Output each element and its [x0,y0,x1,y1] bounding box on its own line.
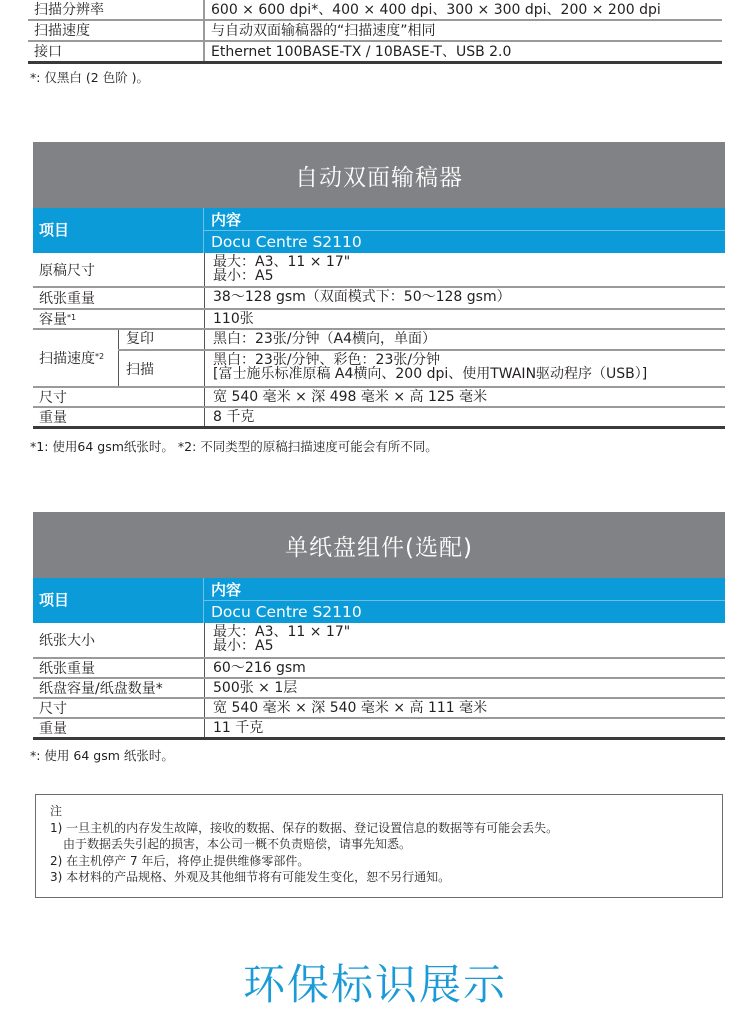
scanner-spec-table: 扫描分辨率 600 × 600 dpi*、400 × 400 dpi、300 ×… [28,0,722,64]
adf-footnote: *1: 使用64 gsm纸张时。 *2: 不同类型的原稿扫描速度可能会有所不同。 [30,437,438,455]
model-name: Docu Centre S2110 [211,602,362,622]
spec-value: 38～128 gsm（双面模式下：50～128 gsm） [204,288,725,308]
table-row: 容量*1 110张 [33,310,725,330]
spec-label: 扫描分辨率 [28,0,204,20]
spec-value: 11 千克 [204,719,725,737]
table-row: 重量 11 千克 [33,719,725,740]
table-header: 项目 内容 Docu Centre S2110 [33,208,725,253]
spec-value: 与自动双面输稿器的“扫描速度”相同 [204,20,722,41]
table-row: 纸张大小 最大：A3、11 × 17" 最小：A5 [33,623,725,659]
section-header: 单纸盘组件(选配) [33,512,725,578]
note-item: 3) 本材料的产品规格、外观及其他细节将有可能发生变化，恕不另行通知。 [50,869,722,886]
table-subrow: 复印 黑白：23张/分钟（A4横向，单面） [118,330,725,351]
spec-value-min: 最小：A5 [213,639,725,653]
adf-spec-table: 自动双面输稿器 项目 内容 Docu Centre S2110 原稿尺寸 最大：… [33,142,725,429]
spec-value: 110张 [204,310,725,328]
spec-label: 纸张重量 [39,288,95,308]
table-subrow: 扫描 黑白：23张/分钟、彩色：23张/分钟 [富士施乐标准原稿 A4横向、20… [118,351,725,386]
note-item: 1) 一旦主机的内存发生故障，接收的数据、保存的数据、登记设置信息的数据等有可能… [50,820,722,837]
spec-value: 黑白：23张/分钟、彩色：23张/分钟 [213,353,647,367]
spec-sublabel: 扫描 [126,351,154,386]
divider [204,230,725,231]
divider [204,600,725,601]
table-row: 重量 8 千克 [33,408,725,429]
tray-spec-table: 单纸盘组件(选配) 项目 内容 Docu Centre S2110 纸张大小 最… [33,512,725,740]
spec-label: 重量 [39,408,67,426]
spec-value-max: 最大：A3、11 × 17" [213,625,725,639]
spec-value: Ethernet 100BASE-TX / 10BASE-T、USB 2.0 [204,41,722,63]
notes-box: 注 1) 一旦主机的内存发生故障，接收的数据、保存的数据、登记设置信息的数据等有… [35,794,723,898]
spec-label: 尺寸 [39,699,67,717]
table-row: 原稿尺寸 最大：A3、11 × 17" 最小：A5 [33,253,725,288]
spec-value-note: [富士施乐标准原稿 A4横向、200 dpi、使用TWAIN驱动程序（USB）] [213,367,647,381]
table-row: 扫描速度*2 复印 黑白：23张/分钟（A4横向，单面） 扫描 黑白：23张/分… [33,330,725,388]
table-row: 尺寸 宽 540 毫米 × 深 540 毫米 × 高 111 毫米 [33,699,725,719]
table-row: 扫描分辨率 600 × 600 dpi*、400 × 400 dpi、300 ×… [28,0,722,20]
spec-value: 8 千克 [204,408,725,426]
table-row: 接口 Ethernet 100BASE-TX / 10BASE-T、USB 2.… [28,41,722,63]
spec-label: 原稿尺寸 [39,253,95,286]
section-title: 环保标识展示 [0,952,750,1012]
section-header: 自动双面输稿器 [33,142,725,208]
spec-label: 纸盘容量/纸盘数量* [39,679,163,697]
footnote-mark: *1 [67,313,76,322]
spec-label: 尺寸 [39,388,67,406]
spec-value: 60～216 gsm [204,659,725,677]
spec-label: 重量 [39,719,67,737]
model-name: Docu Centre S2110 [211,232,362,252]
column-header-item: 项目 [39,208,69,253]
spec-label: 接口 [28,41,204,63]
notes-heading: 注 [50,803,722,820]
spec-value: 宽 540 毫米 × 深 498 毫米 × 高 125 毫米 [204,388,725,406]
table-row: 纸张重量 38～128 gsm（双面模式下：50～128 gsm） [33,288,725,310]
spec-label: 扫描速度 [39,348,95,368]
table-row: 纸张重量 60～216 gsm [33,659,725,679]
spec-label: 扫描速度 [28,20,204,41]
spec-value: 宽 540 毫米 × 深 540 毫米 × 高 111 毫米 [204,699,725,717]
spec-label: 纸张重量 [39,659,95,677]
spec-value: 600 × 600 dpi*、400 × 400 dpi、300 × 300 d… [204,0,722,20]
column-header-content: 内容 [211,580,241,600]
column-header-item: 项目 [39,578,69,623]
spec-value-min: 最小：A5 [213,269,725,283]
footnote-mark: *2 [95,352,104,361]
table-row: 扫描速度 与自动双面输稿器的“扫描速度”相同 [28,20,722,41]
table-row: 尺寸 宽 540 毫米 × 深 498 毫米 × 高 125 毫米 [33,388,725,408]
note-item: 2) 在主机停产 7 年后，将停止提供维修零部件。 [50,853,722,870]
spec-label: 纸张大小 [39,623,95,657]
spec-value: 黑白：23张/分钟（A4横向，单面） [204,330,436,349]
spec-value-max: 最大：A3、11 × 17" [213,255,725,269]
scanner-footnote: *: 仅黑白 (2 色阶 )。 [30,68,149,86]
table-row: 纸盘容量/纸盘数量* 500张 × 1层 [33,679,725,699]
column-header-content: 内容 [211,210,241,230]
tray-footnote: *: 使用 64 gsm 纸张时。 [30,746,174,764]
spec-sublabel: 复印 [126,330,154,349]
table-header: 项目 内容 Docu Centre S2110 [33,578,725,623]
spec-label: 容量 [39,309,67,329]
note-item: 由于数据丢失引起的损害，本公司一概不负责赔偿，请事先知悉。 [50,836,722,853]
spec-value: 500张 × 1层 [204,679,725,697]
